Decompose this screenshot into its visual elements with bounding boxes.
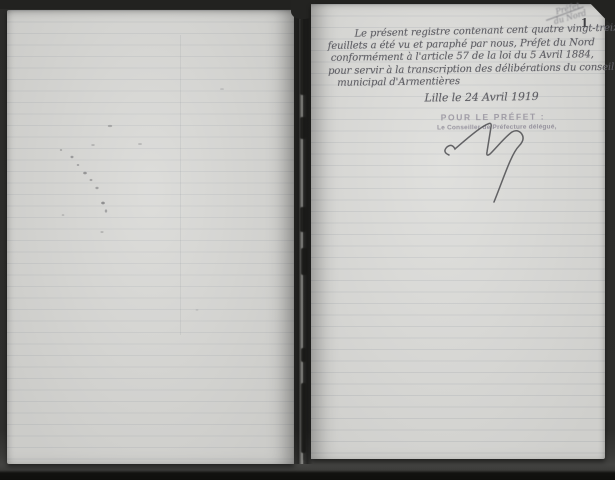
binding-mark — [300, 117, 306, 139]
handwritten-line: municipal d'Armentières — [337, 74, 600, 90]
handwritten-dateline: Lille le 24 Avril 1919 — [424, 90, 600, 105]
binding-mark — [301, 248, 307, 275]
prefecture-stamp: POUR LE PRÉFET : Le Conseiller de Préfec… — [437, 112, 549, 132]
stamp-line2: Le Conseiller de Préfecture délégué, — [437, 124, 549, 132]
left-page — [7, 10, 294, 464]
binding-mark — [301, 383, 306, 453]
scanned-register-spread: Préfet du Nord 1 Le présent registre con… — [0, 0, 615, 480]
binding-mark — [301, 348, 306, 362]
handwritten-note: Le présent registre contenant cent quatr… — [327, 24, 600, 106]
binding-mark — [300, 18, 306, 95]
binding-mark — [300, 207, 306, 232]
paper-crease — [180, 35, 181, 335]
stamp-line1: POUR LE PRÉFET : — [437, 112, 549, 123]
